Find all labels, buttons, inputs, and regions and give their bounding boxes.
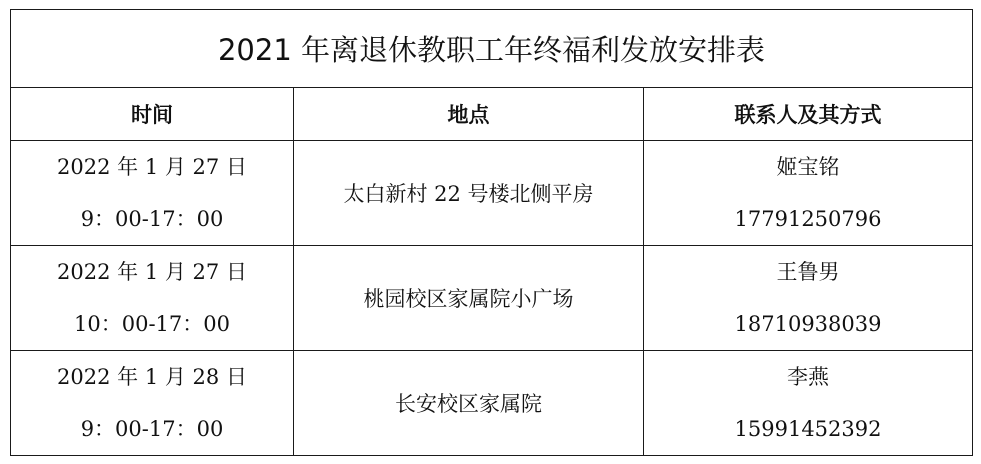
contact-cell: 李燕 15991452392 bbox=[644, 351, 973, 456]
table-row: 2022 年 1 月 27 日 10：00-17：00 桃园校区家属院小广场 王… bbox=[11, 246, 973, 351]
time-range-text: 9：00-17：00 bbox=[11, 403, 293, 455]
location-cell: 太白新村 22 号楼北侧平房 bbox=[294, 141, 644, 246]
table-row: 2022 年 1 月 27 日 9：00-17：00 太白新村 22 号楼北侧平… bbox=[11, 141, 973, 246]
location-cell: 长安校区家属院 bbox=[294, 351, 644, 456]
contact-phone: 17791250796 bbox=[644, 193, 972, 245]
contact-cell: 王鲁男 18710938039 bbox=[644, 246, 973, 351]
contact-name: 李燕 bbox=[644, 351, 972, 403]
location-cell: 桃园校区家属院小广场 bbox=[294, 246, 644, 351]
header-row: 时间 地点 联系人及其方式 bbox=[11, 88, 973, 141]
column-header-location: 地点 bbox=[294, 88, 644, 141]
contact-phone: 15991452392 bbox=[644, 403, 972, 455]
table-row: 2022 年 1 月 28 日 9：00-17：00 长安校区家属院 李燕 15… bbox=[11, 351, 973, 456]
contact-name: 姬宝铭 bbox=[644, 141, 972, 193]
contact-name: 王鲁男 bbox=[644, 246, 972, 298]
title-row: 2021 年离退休教职工年终福利发放安排表 bbox=[11, 10, 973, 88]
time-range-text: 10：00-17：00 bbox=[11, 298, 293, 350]
contact-phone: 18710938039 bbox=[644, 298, 972, 350]
distribution-schedule-table: 2021 年离退休教职工年终福利发放安排表 时间 地点 联系人及其方式 2022… bbox=[10, 9, 973, 456]
table-title: 2021 年离退休教职工年终福利发放安排表 bbox=[11, 10, 973, 88]
date-text: 2022 年 1 月 27 日 bbox=[11, 246, 293, 298]
time-range-text: 9：00-17：00 bbox=[11, 193, 293, 245]
date-text: 2022 年 1 月 28 日 bbox=[11, 351, 293, 403]
time-cell: 2022 年 1 月 27 日 9：00-17：00 bbox=[11, 141, 294, 246]
date-text: 2022 年 1 月 27 日 bbox=[11, 141, 293, 193]
column-header-time: 时间 bbox=[11, 88, 294, 141]
column-header-contact: 联系人及其方式 bbox=[644, 88, 973, 141]
contact-cell: 姬宝铭 17791250796 bbox=[644, 141, 973, 246]
time-cell: 2022 年 1 月 27 日 10：00-17：00 bbox=[11, 246, 294, 351]
time-cell: 2022 年 1 月 28 日 9：00-17：00 bbox=[11, 351, 294, 456]
